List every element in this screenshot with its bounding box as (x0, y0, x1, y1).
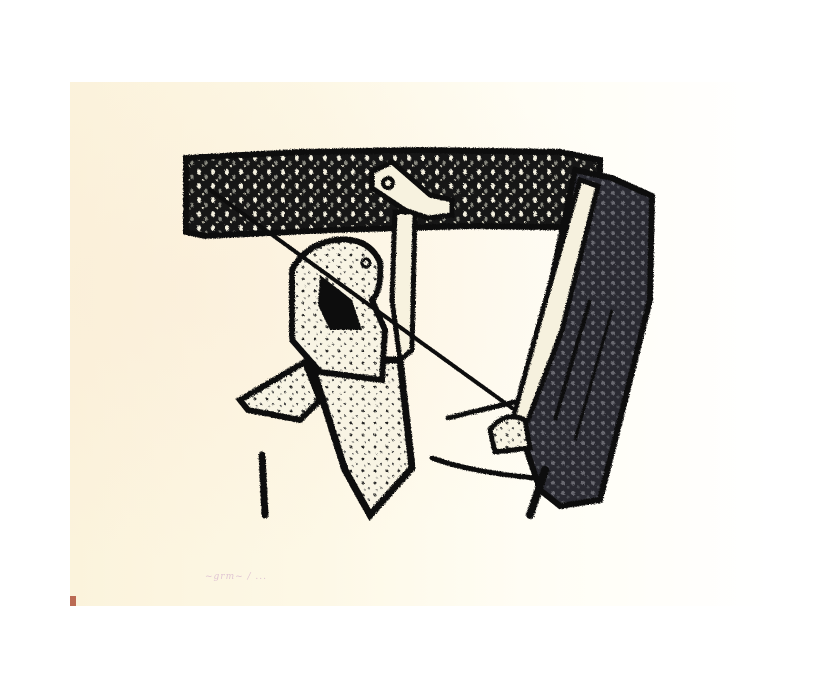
object-on-floor (490, 417, 530, 452)
print-artwork (0, 0, 840, 690)
paper-corner-mark (70, 596, 76, 606)
stool-seat (310, 360, 412, 515)
figure-leg (240, 362, 320, 420)
stool-leg (262, 455, 265, 515)
artist-signature: ~grm~ / ... (205, 572, 267, 582)
floor-arc-lower (432, 458, 535, 478)
